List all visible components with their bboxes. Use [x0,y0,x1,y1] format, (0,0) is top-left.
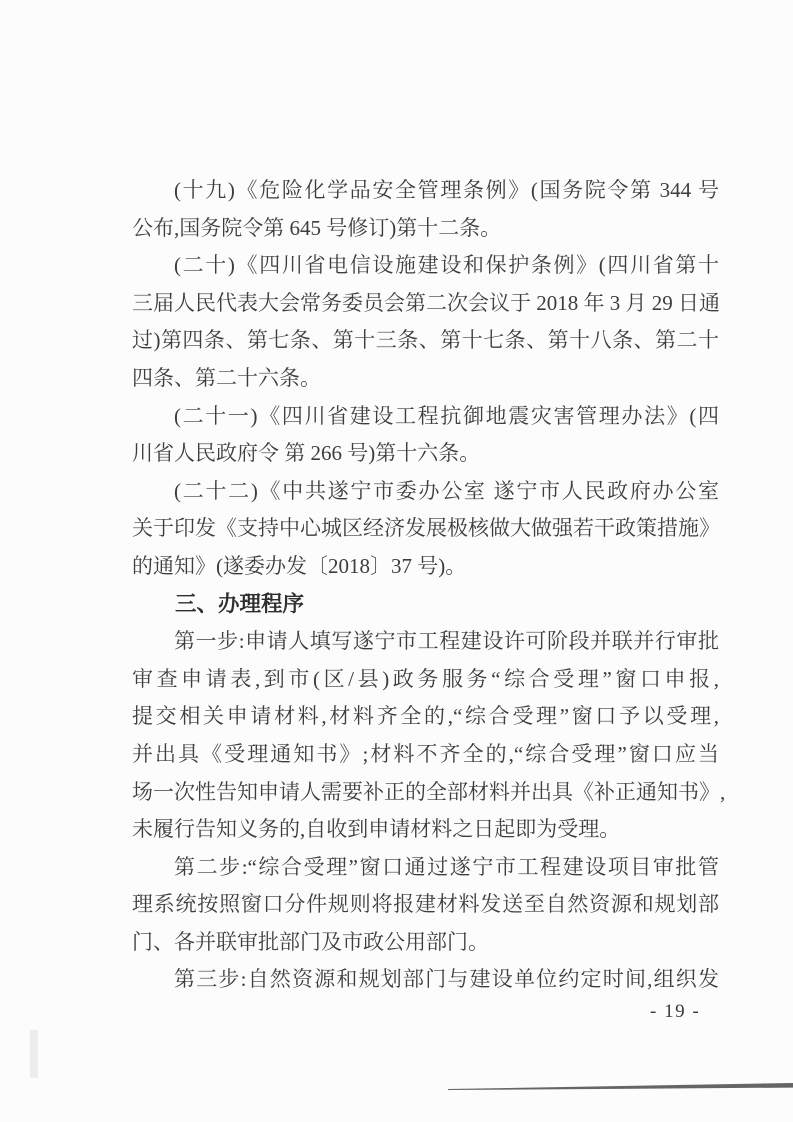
section-heading: 三、办理程序 [132,586,719,624]
text-line: 第三步:自然资源和规划部门与建设单位约定时间,组织发 [132,961,719,999]
paragraph-step-1: 第一步:申请人填写遂宁市工程建设许可阶段并联并行审批 审查申请表,到市(区/县)… [132,623,719,849]
paragraph-step-3: 第三步:自然资源和规划部门与建设单位约定时间,组织发 [132,961,719,999]
text-line: 审查申请表,到市(区/县)政务服务“综合受理”窗口申报, [132,661,719,699]
text-line: 门、各并联审批部门及市政公用部门。 [132,924,719,962]
text-line: 三届人民代表大会常务委员会第二次会议于 2018 年 3 月 29 日通 [132,285,719,323]
text-line: 未履行告知义务的,自收到申请材料之日起即为受理。 [132,811,719,849]
text-line: 关于印发《支持中心城区经济发展极核做大做强若干政策措施》 [132,510,719,548]
scan-artifact-smudge [30,1030,38,1078]
text-line: 公布,国务院令第 645 号修订)第十二条。 [132,210,719,248]
text-line: 第二步:“综合受理”窗口通过遂宁市工程建设项目审批管 [132,849,719,887]
text-line: 第一步:申请人填写遂宁市工程建设许可阶段并联并行审批 [132,623,719,661]
text-line: 四条、第二十六条。 [132,360,719,398]
text-line: 提交相关申请材料,材料齐全的,“综合受理”窗口予以受理, [132,698,719,736]
text-line: 川省人民政府令 第 266 号)第十六条。 [132,435,719,473]
text-line: 过)第四条、第七条、第十三条、第十七条、第十八条、第二十 [132,322,719,360]
text-line: (二十一)《四川省建设工程抗御地震灾害管理办法》(四 [132,398,719,436]
paragraph-item-22: (二十二)《中共遂宁市委办公室 遂宁市人民政府办公室 关于印发《支持中心城区经济… [132,473,719,586]
paragraph-item-20: (二十)《四川省电信设施建设和保护条例》(四川省第十 三届人民代表大会常务委员会… [132,247,719,397]
text-line: (十九)《危险化学品安全管理条例》(国务院令第 344 号 [132,172,719,210]
page-number: - 19 - [650,1001,720,1023]
text-line: 理系统按照窗口分件规则将报建材料发送至自然资源和规划部 [132,886,719,924]
text-line: 的通知》(遂委办发〔2018〕37 号)。 [132,548,719,586]
text-line: 并出具《受理通知书》;材料不齐全的,“综合受理”窗口应当 [132,736,719,774]
text-line: (二十二)《中共遂宁市委办公室 遂宁市人民政府办公室 [132,473,719,511]
paragraph-item-19: (十九)《危险化学品安全管理条例》(国务院令第 344 号 公布,国务院令第 6… [132,172,719,247]
document-page: (十九)《危险化学品安全管理条例》(国务院令第 344 号 公布,国务院令第 6… [0,0,793,1122]
document-body: (十九)《危险化学品安全管理条例》(国务院令第 344 号 公布,国务院令第 6… [132,172,719,999]
text-line: (二十)《四川省电信设施建设和保护条例》(四川省第十 [132,247,719,285]
paragraph-step-2: 第二步:“综合受理”窗口通过遂宁市工程建设项目审批管 理系统按照窗口分件规则将报… [132,849,719,962]
scan-artifact-line [448,1082,793,1090]
text-line: 场一次性告知申请人需要补正的全部材料并出具《补正通知书》, [132,774,719,812]
paragraph-item-21: (二十一)《四川省建设工程抗御地震灾害管理办法》(四 川省人民政府令 第 266… [132,398,719,473]
